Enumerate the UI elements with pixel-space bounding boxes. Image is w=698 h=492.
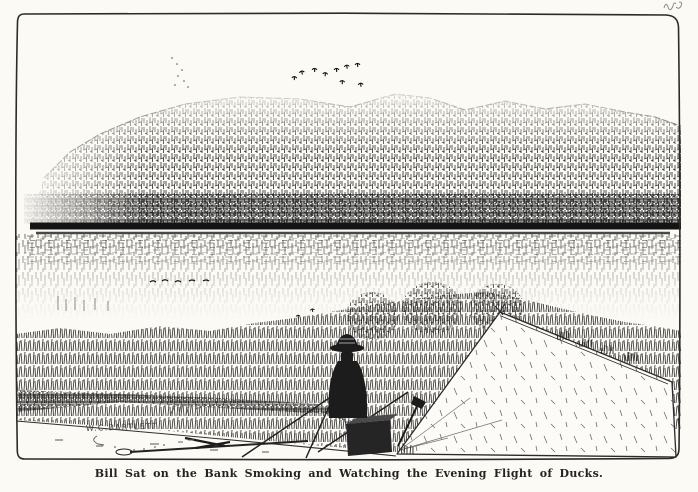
hillside-forest (16, 88, 681, 224)
distant-flock-icon (171, 57, 189, 88)
seated-figure (328, 334, 367, 418)
shoreline (30, 226, 681, 233)
duck-flock-icon (292, 63, 364, 87)
crate-icon (346, 420, 392, 456)
corner-pencil-mark (664, 2, 682, 10)
book-illustration-page: W.C.BARTLETT Bill Sat on the Bank Smokin… (0, 0, 698, 492)
illustration-caption: Bill Sat on the Bank Smoking and Watchin… (0, 466, 698, 483)
illustration-drawing: W.C.BARTLETT (0, 0, 698, 492)
